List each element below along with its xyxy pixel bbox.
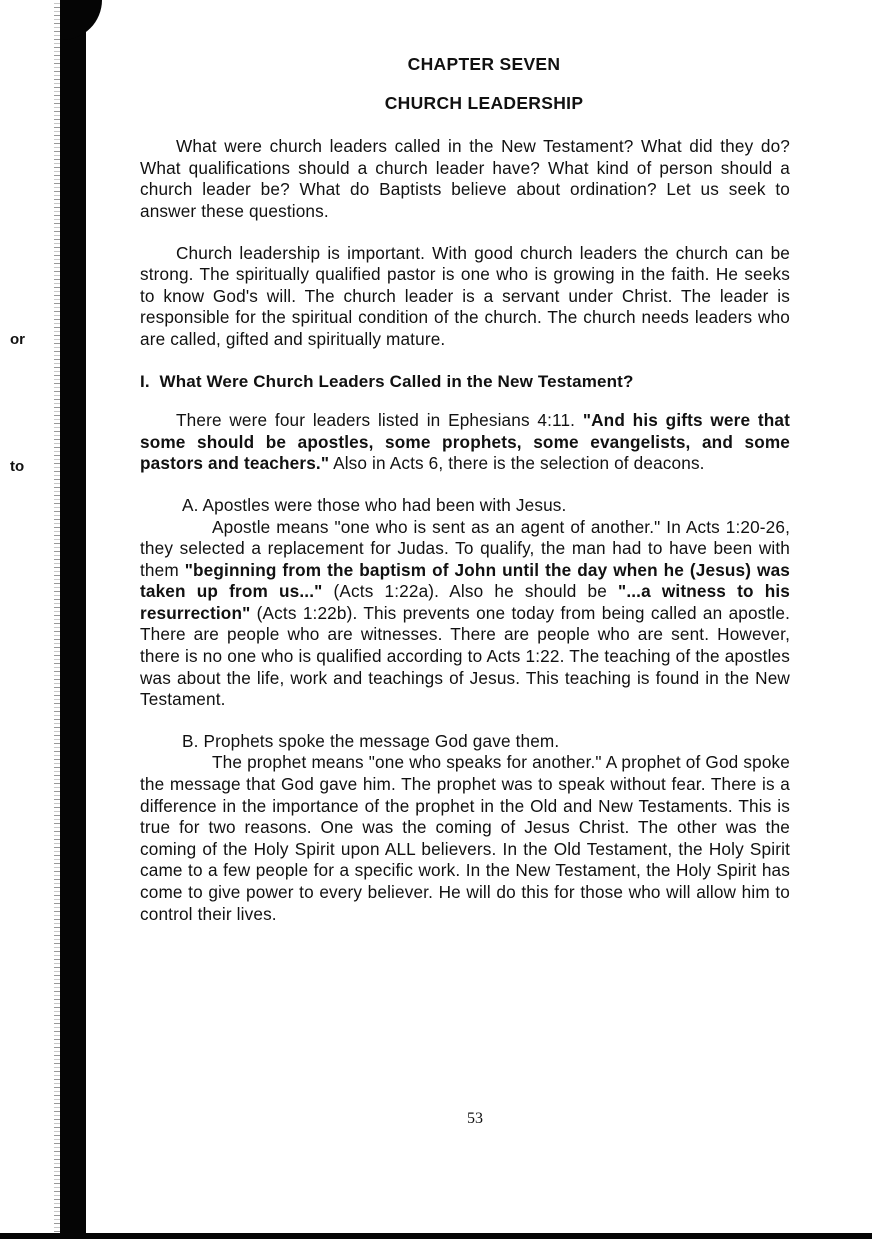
section-1-heading: I. What Were Church Leaders Called in th… xyxy=(140,371,790,393)
acts-6-note: Also in Acts 6, there is the selection o… xyxy=(329,453,704,473)
section-1-title: What Were Church Leaders Called in the N… xyxy=(160,372,634,391)
subsection-a-title: Apostles were those who had been with Je… xyxy=(203,495,567,515)
subsection-b-label: B. xyxy=(182,731,199,751)
intro-paragraph: What were church leaders called in the N… xyxy=(140,136,790,222)
subsection-a-body: Apostle means "one who is sent as an age… xyxy=(140,517,790,711)
section-1-number: I. xyxy=(140,372,150,391)
chapter-label: CHAPTER SEVEN xyxy=(140,54,790,76)
book-binding-edge xyxy=(60,0,86,1239)
subsection-a-label: A. xyxy=(182,495,199,515)
chapter-title: CHURCH LEADERSHIP xyxy=(140,93,790,115)
subsection-a-heading: A. Apostles were those who had been with… xyxy=(140,495,790,517)
section-1-paragraph: There were four leaders listed in Ephesi… xyxy=(140,410,790,475)
margin-note-to: to xyxy=(10,458,24,475)
margin-note-or: or xyxy=(10,331,25,348)
apostle-text-2: (Acts 1:22a). Also he should be xyxy=(322,581,618,601)
book-binding-curl xyxy=(60,0,102,40)
ephesians-lead: There were four leaders listed in Ephesi… xyxy=(176,410,583,430)
subsection-b-title: Prophets spoke the message God gave them… xyxy=(203,731,559,751)
subsection-b-body: The prophet means "one who speaks for an… xyxy=(140,752,790,925)
page-number: 53 xyxy=(0,1110,872,1128)
scan-bottom-border xyxy=(0,1233,872,1239)
page-content: CHAPTER SEVEN CHURCH LEADERSHIP What wer… xyxy=(140,54,790,925)
subsection-b-heading: B. Prophets spoke the message God gave t… xyxy=(140,731,790,753)
leadership-paragraph: Church leadership is important. With goo… xyxy=(140,243,790,351)
